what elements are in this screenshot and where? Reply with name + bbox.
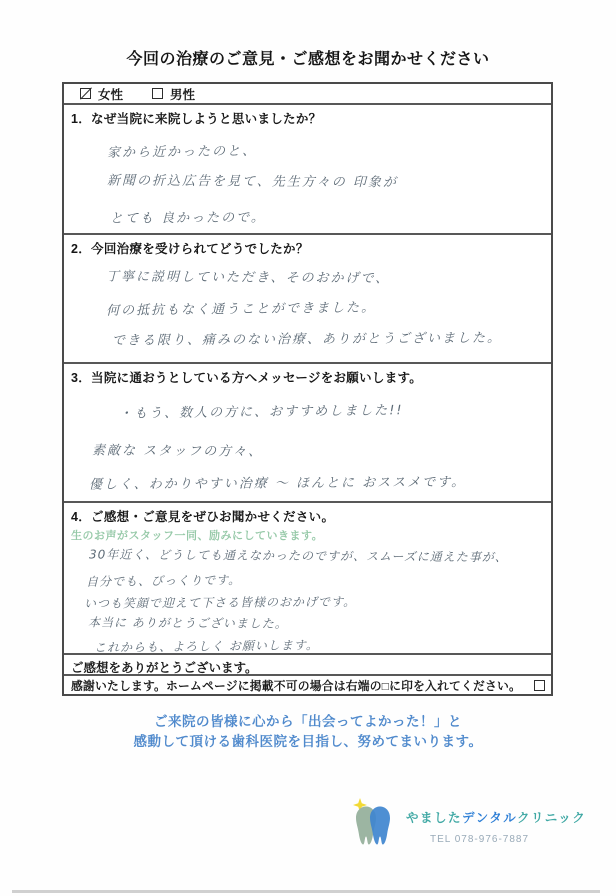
handwritten-answer-line: 丁寧に説明していただき、そのおかげで、 [106, 265, 551, 287]
tooth-logo-icon [352, 798, 398, 854]
clinic-logo-block: やましたデンタルクリニック TEL 078-976-7887 [352, 798, 582, 854]
thanks-note: ご感想をありがとうございます。 [64, 655, 551, 676]
handwritten-answer-line: ・もう、数人の方に、おすすめしました!! [119, 397, 551, 421]
handwritten-answer-line: 30年近く、どうしても通えなかったのですが、スムーズに通えた事が、 [89, 545, 551, 565]
clinic-name-block: やましたデンタルクリニック TEL 078-976-7887 [406, 798, 586, 854]
question-2-section: 2．今回治療を受けられてどうでしたか？ 丁寧に説明していただき、そのおかげで、 … [64, 235, 551, 364]
question-1-section: 1．なぜ当院に来院しようと思いましたか？ 家から近かったのと、 新聞の折込広告を… [64, 105, 551, 235]
handwritten-answer-line: 本当に ありがとうございました。 [88, 613, 551, 633]
handwritten-answer-line: これからも、よろしく お願いします。 [94, 633, 551, 656]
clinic-motto-line2: 感動して頂ける歯科医院を目指し、努めてまいります。 [0, 732, 616, 752]
male-label: 男性 [170, 85, 195, 103]
checkbox-empty-icon [534, 680, 545, 691]
question-3-section: 3．当院に通おうとしている方へメッセージをお願いします。 ・もう、数人の方に、お… [64, 364, 551, 503]
question-2-heading: 2．今回治療を受けられてどうでしたか？ [64, 235, 551, 257]
handwritten-answer-line: 新聞の折込広告を見て、先生方々の 印象が [107, 169, 551, 191]
checkbox-empty-icon [152, 88, 163, 99]
question-4-heading: 4．ご感想・ご意見をぜひお聞かせください。 [64, 503, 551, 525]
handwritten-answer-line: 家から近かったのと、 [107, 136, 551, 160]
clinic-name: やましたデンタルクリニック [406, 808, 586, 826]
handwritten-answer-line: 何の抵抗もなく通うことができました。 [106, 294, 551, 318]
page-title: 今回の治療のご意見・ご感想をお聞かせください [0, 46, 616, 69]
clinic-name-mid: デンタル [462, 811, 517, 825]
gender-row: 女性 男性 [64, 84, 551, 105]
handwritten-answer-line: できる限り、痛みのない治療、ありがとうございました。 [112, 326, 551, 348]
female-label: 女性 [98, 85, 123, 103]
clinic-name-suffix: クリニック [517, 811, 586, 825]
clinic-phone: TEL 078-976-7887 [430, 834, 586, 845]
handwritten-answer-line: 優しく、わかりやすい治療 〜 ほんとに おススメです。 [89, 470, 551, 492]
handwritten-answer-line: 自分でも、びっくりです。 [86, 567, 551, 590]
question-1-heading: 1．なぜ当院に来院しようと思いましたか？ [64, 105, 551, 127]
questionnaire-box: 女性 男性 1．なぜ当院に来院しようと思いましたか？ 家から近かったのと、 新聞… [62, 82, 553, 696]
handwritten-answer-line: 素敵な スタッフの方々、 [92, 439, 551, 461]
publication-permission-row: 感謝いたします。ホームページに掲載不可の場合は右端の□に印を入れてください。 [64, 676, 551, 694]
staff-encouragement-note: 生のお声がスタッフ一同、励みにしていきます。 [64, 525, 551, 543]
question-4-section: 4．ご感想・ご意見をぜひお聞かせください。 生のお声がスタッフ一同、励みにしてい… [64, 503, 551, 655]
checkbox-checked-icon [80, 88, 91, 99]
clinic-name-prefix: やました [406, 811, 462, 825]
question-3-heading: 3．当院に通おうとしている方へメッセージをお願いします。 [64, 364, 551, 386]
permission-text: 感謝いたします。ホームページに掲載不可の場合は右端の□に印を入れてください。 [71, 677, 521, 694]
clinic-motto-line1: ご来院の皆様に心から「出会ってよかった！」と [0, 712, 616, 732]
clinic-motto: ご来院の皆様に心から「出会ってよかった！」と 感動して頂ける歯科医院を目指し、努… [0, 712, 616, 752]
handwritten-answer-line: とても 良かったので。 [110, 204, 551, 226]
handwritten-answer-line: いつも笑顔で迎えて下さる皆様のおかげです。 [84, 591, 551, 611]
scan-artifact [12, 890, 600, 893]
